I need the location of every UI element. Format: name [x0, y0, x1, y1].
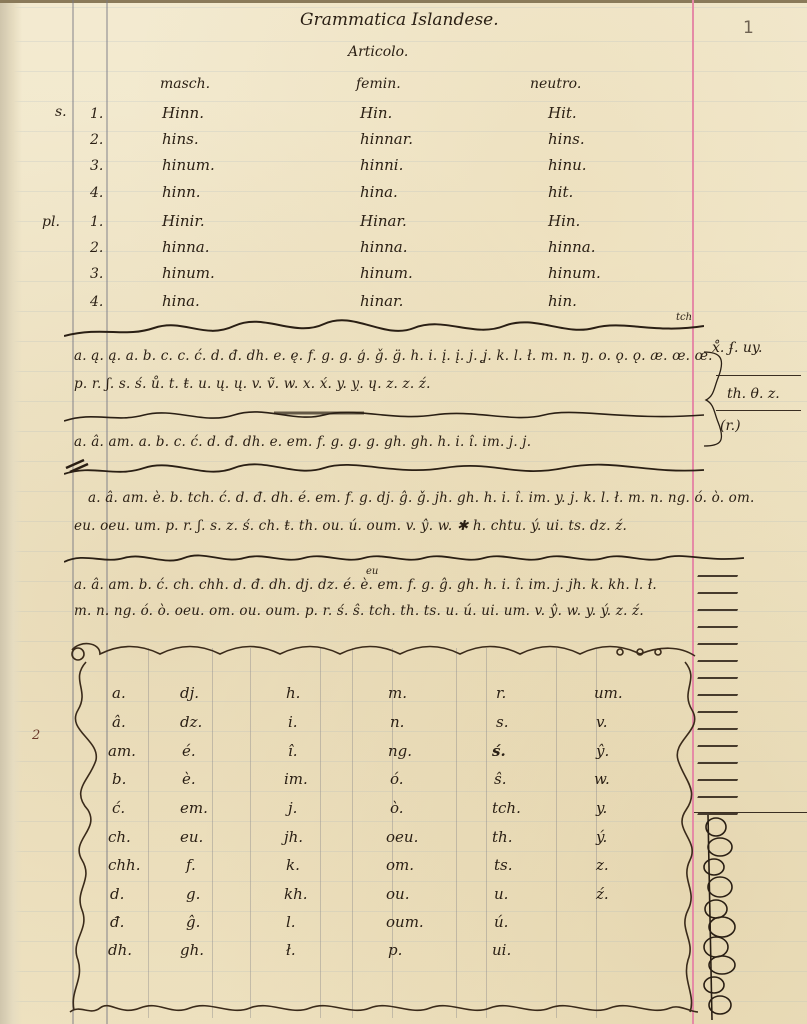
letter-cell: im. [284, 770, 308, 788]
letter-cell: j. [288, 799, 297, 817]
letter-cell: em. [180, 799, 208, 817]
alphabet-1-line-2: p. r. ʃ. s. ś. ů. t. ŧ. u. ų. ų. v. ṽ. w… [74, 376, 431, 392]
superscript-eu: eu [366, 566, 378, 577]
case-number: 3. [90, 266, 103, 282]
superscript-tch: tch [676, 312, 692, 323]
cell-masch: hinum. [162, 264, 215, 282]
side-note-1: x̊. ʄ. uy. [712, 340, 762, 356]
singular-label: s. [55, 104, 67, 120]
letter-cell: u. [494, 885, 508, 903]
letter-cell: ts. [494, 856, 513, 874]
letter-cell: th. [492, 828, 512, 846]
case-number: 4. [90, 185, 103, 201]
crossed-out-margin-notes [700, 565, 760, 820]
letter-cell: dz. [180, 713, 202, 731]
scribble [697, 616, 743, 628]
alphabet-2-line-1: a. â. am. a. b. c. ć. d. đ. dh. e. em. f… [74, 434, 531, 450]
letter-cell: oum. [386, 913, 424, 931]
letter-cell: ć. [112, 799, 125, 817]
left-margin-note: 2 [32, 728, 40, 743]
cell-masch: hins. [162, 130, 199, 148]
wavy-separator-1 [64, 318, 704, 342]
cell-neutro: hit. [548, 183, 573, 201]
alphabet-1-line-1: a. ą. ą. a. b. c. c. ć. d. đ. dh. e. ę. … [74, 348, 713, 364]
letter-cell: v. [596, 713, 607, 731]
header-masculine: masch. [160, 76, 210, 92]
margin-divider [694, 812, 807, 813]
cell-neutro: hinna. [548, 238, 596, 256]
cell-masch: hinum. [162, 156, 215, 174]
cell-masch: hinna. [162, 238, 210, 256]
letter-cell: tch. [492, 799, 521, 817]
letter-cell: y. [596, 799, 607, 817]
cell-neutro: hins. [548, 130, 585, 148]
letter-cell: ú. [494, 913, 508, 931]
wavy-separator-3 [64, 458, 704, 482]
letter-cell: đ. [110, 913, 124, 931]
cell-neutro: hinum. [548, 264, 601, 282]
letter-cell: ý. [596, 828, 607, 846]
cell-femin: hina. [360, 183, 398, 201]
letter-cell: é. [182, 742, 196, 760]
letter-cell: ch. [108, 828, 131, 846]
letter-cell: i. [288, 713, 298, 731]
letter-cell: eu. [180, 828, 203, 846]
scribble [697, 565, 743, 577]
page-top-edge [0, 0, 807, 3]
letter-cell: w. [594, 770, 610, 788]
letter-cell: b. [112, 770, 126, 788]
case-number: 2. [90, 240, 103, 256]
cell-femin: hinnar. [360, 130, 413, 148]
alphabet-4-line-1: a. â. am. b. ć. ch. chh. d. đ. dh. dj. d… [74, 577, 657, 593]
document-subtitle: Articolo. [348, 44, 408, 60]
letter-cell: ou. [386, 885, 409, 903]
letter-cell: f. [186, 856, 196, 874]
cell-femin: hinni. [360, 156, 403, 174]
letter-cell: ĝ. [186, 913, 200, 931]
document-title: Grammatica Islandese. [300, 10, 499, 30]
letter-cell: dj. [180, 684, 199, 702]
page-number: 1 [743, 18, 754, 38]
letter-cell: h. [286, 684, 300, 702]
letter-cell: a. [112, 684, 126, 702]
letter-cell: chh. [108, 856, 141, 874]
scribble [697, 582, 743, 594]
cell-neutro: hin. [548, 292, 577, 310]
cell-femin: Hinar. [360, 212, 407, 230]
letter-cell: dh. [108, 941, 132, 959]
letter-cell: am. [108, 742, 136, 760]
letter-cell: ś. [492, 742, 506, 760]
torn-left-edge [0, 0, 22, 1024]
alphabet-3-line-2: eu. oeu. um. p. r. ʃ. s. z. ś. ch. ŧ. th… [74, 518, 627, 534]
wavy-separator-2 [64, 405, 704, 427]
side-note-rule-1 [716, 375, 801, 376]
letter-cell: î. [288, 742, 298, 760]
case-number: 4. [90, 294, 103, 310]
letter-cell: n. [390, 713, 404, 731]
letter-cell: ŝ. [494, 770, 506, 788]
header-neuter: neutro. [530, 76, 581, 92]
cell-masch: Hinir. [162, 212, 205, 230]
letter-cell: r. [496, 684, 506, 702]
letter-cell: â. [112, 713, 126, 731]
scribble [697, 599, 743, 611]
side-note-rule-2 [716, 410, 801, 411]
letter-cell: ó. [390, 770, 404, 788]
letter-cell: um. [594, 684, 623, 702]
letter-cell: ng. [388, 742, 412, 760]
cell-masch: hina. [162, 292, 200, 310]
letter-cell: ŷ. [596, 742, 609, 760]
alphabet-4-line-2: m. n. ng. ó. ò. oeu. om. ou. oum. p. r. … [74, 603, 644, 619]
letter-cell: d. [110, 885, 124, 903]
decorative-loops [698, 815, 750, 1020]
header-feminine: femin. [356, 76, 401, 92]
letter-cell: jh. [284, 828, 303, 846]
letter-cell: ź. [596, 885, 609, 903]
letter-cell: ł. [286, 941, 296, 959]
case-number: 2. [90, 132, 103, 148]
letter-cell: ò. [390, 799, 404, 817]
letter-cell: oeu. [386, 828, 418, 846]
case-number: 1. [90, 106, 103, 122]
letter-cell: z. [596, 856, 609, 874]
letter-cell: k. [286, 856, 300, 874]
cell-neutro: Hit. [548, 104, 577, 122]
cell-masch: Hinn. [162, 104, 204, 122]
letter-cell: l. [286, 913, 296, 931]
plural-label: pl. [42, 214, 60, 230]
case-number: 3. [90, 158, 103, 174]
manuscript-page: Grammatica Islandese. Articolo. 1 masch.… [0, 0, 807, 1024]
letter-cell: p. [388, 941, 402, 959]
letter-cell: gh. [180, 941, 204, 959]
cell-masch: hinn. [162, 183, 201, 201]
wavy-separator-4 [64, 548, 744, 570]
letter-cell: kh. [284, 885, 308, 903]
cell-femin: Hin. [360, 104, 392, 122]
cell-femin: hinna. [360, 238, 408, 256]
letter-cell: s. [496, 713, 508, 731]
side-note-2: th. θ. z. [727, 386, 780, 402]
case-number: 1. [90, 214, 103, 230]
letter-cell: g. [186, 885, 200, 903]
cell-femin: hinum. [360, 264, 413, 282]
letter-cell: ui. [492, 941, 511, 959]
alphabet-3-line-1: a. â. am. è. b. tch. ć. d. đ. dh. é. em.… [88, 490, 755, 506]
letter-cell: om. [386, 856, 414, 874]
cell-neutro: Hin. [548, 212, 580, 230]
side-note-3: (r.) [720, 418, 741, 434]
cell-femin: hinar. [360, 292, 403, 310]
letter-cell: è. [182, 770, 196, 788]
cell-neutro: hinu. [548, 156, 587, 174]
letter-cell: m. [388, 684, 407, 702]
